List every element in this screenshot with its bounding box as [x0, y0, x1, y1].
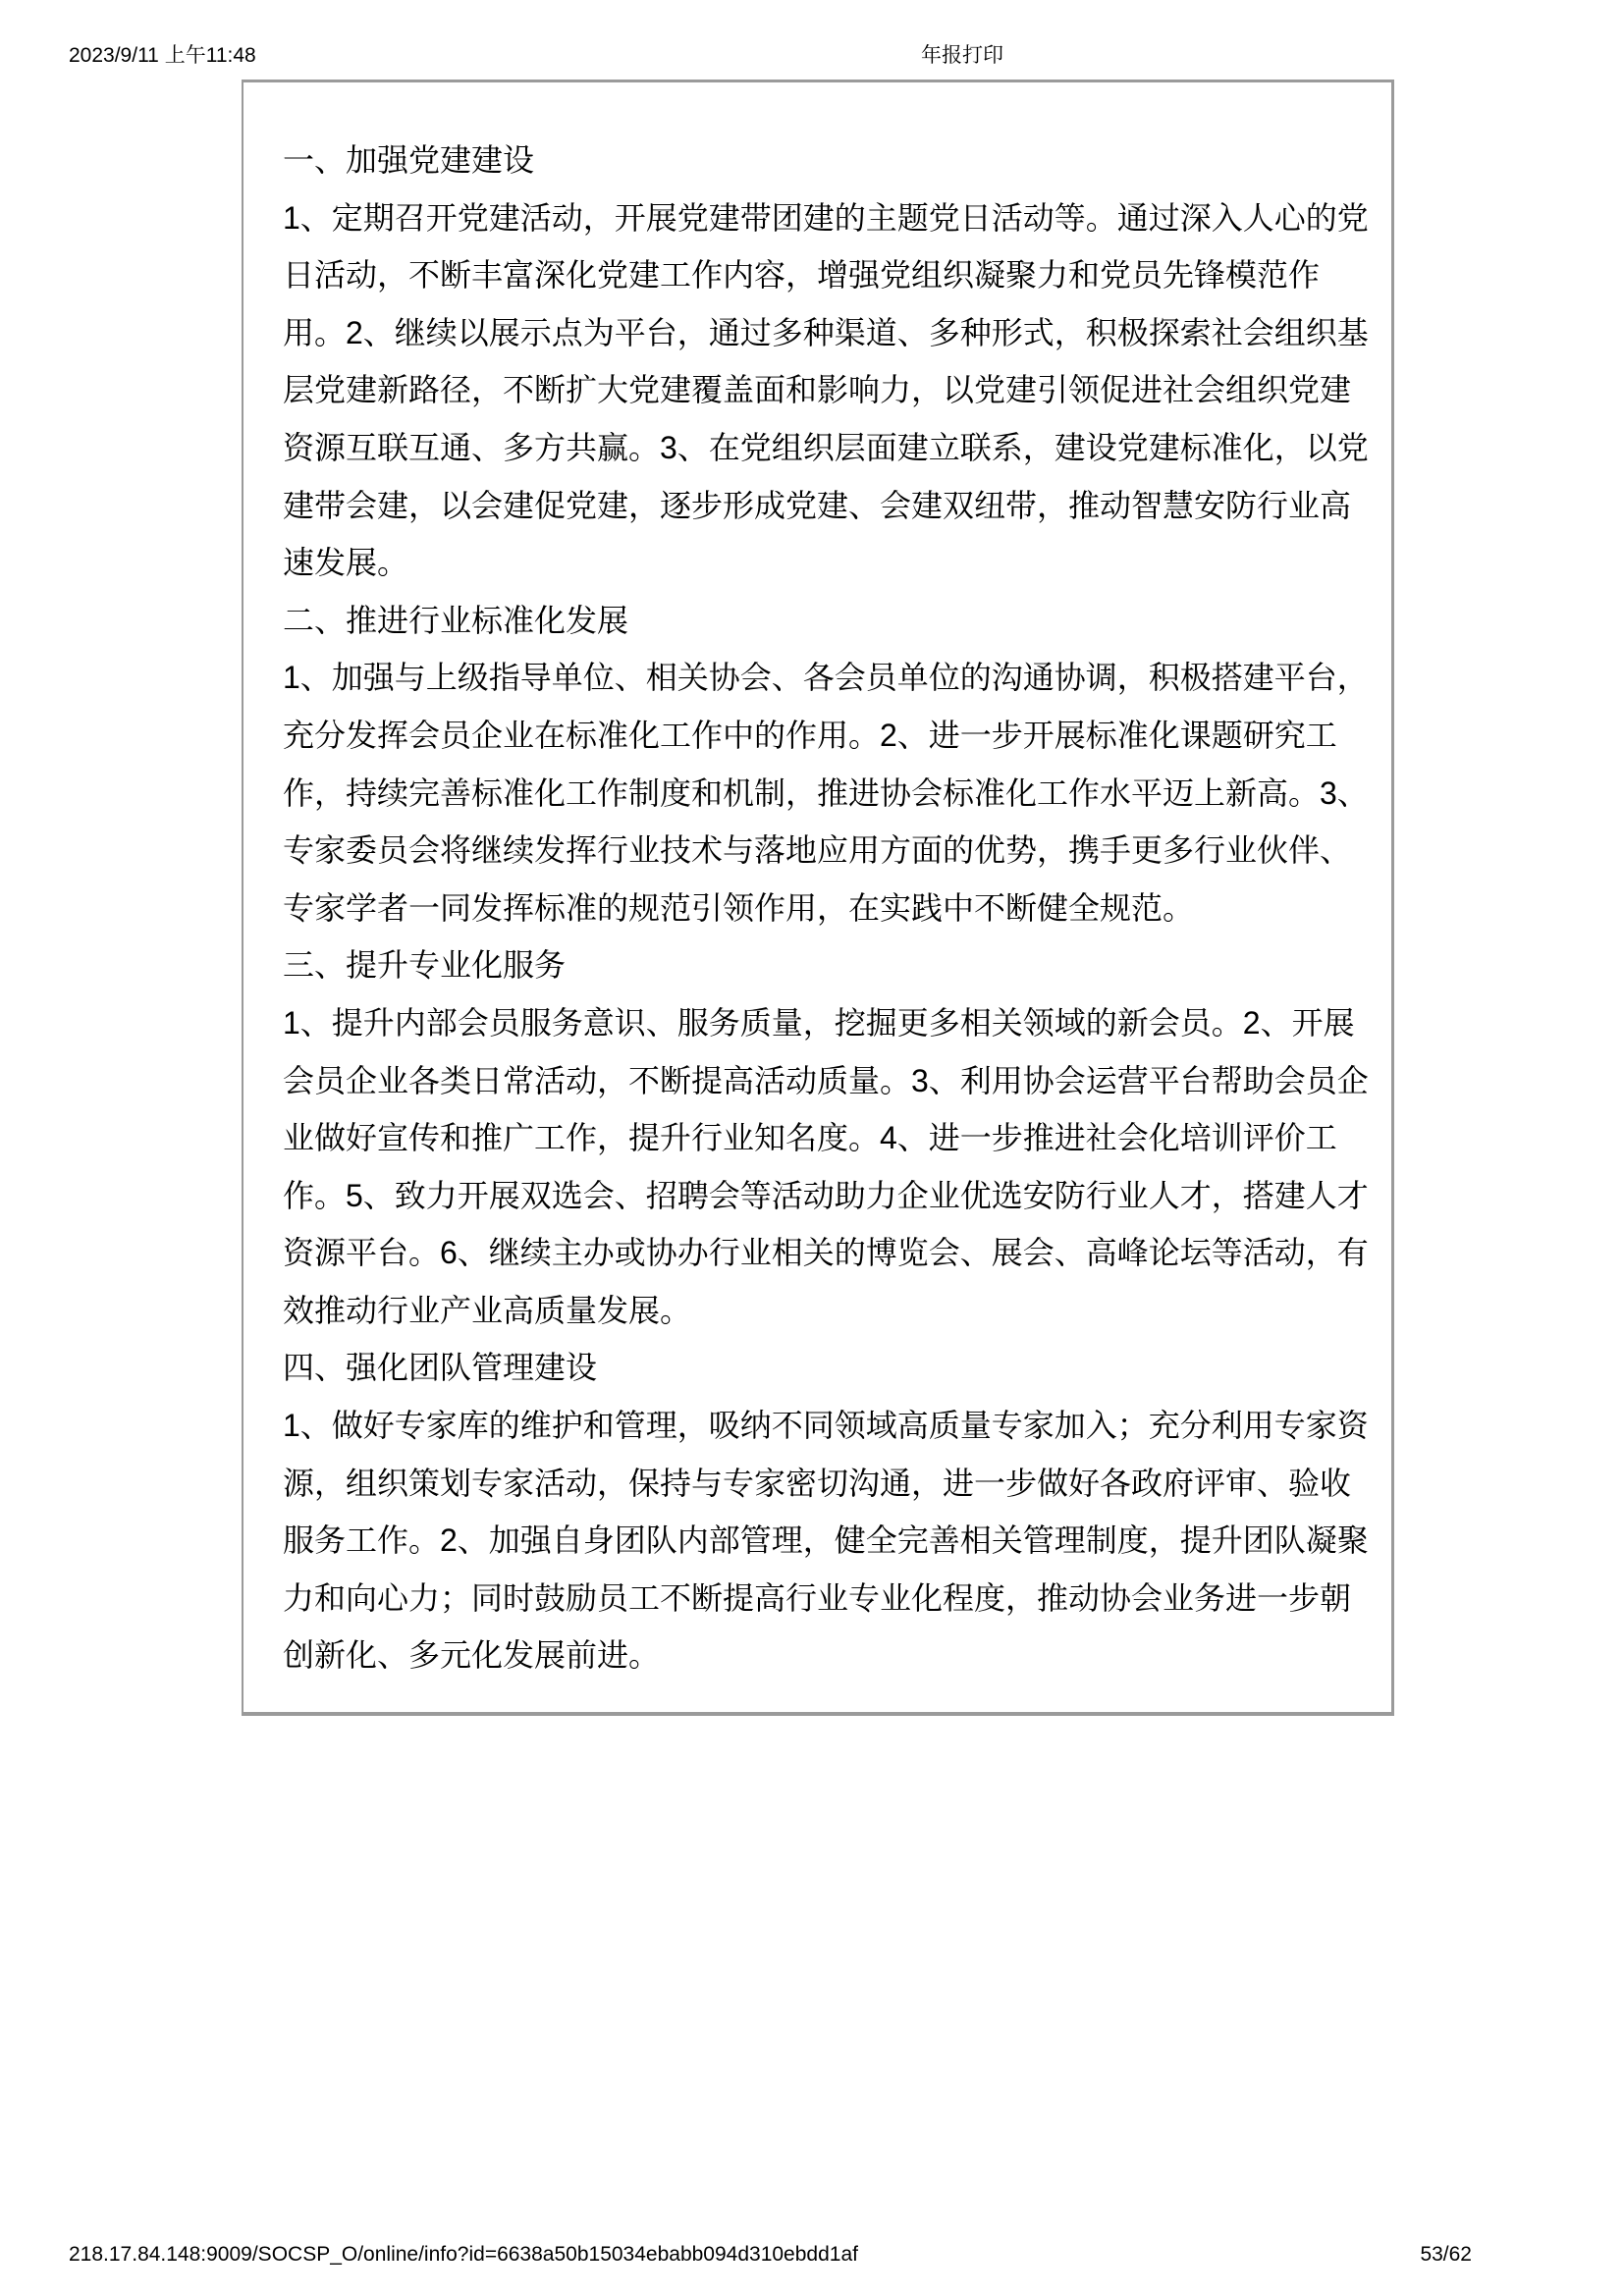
section-heading-team-management: 四、强化团队管理建设 [283, 1339, 1363, 1397]
text-line: 资源平台。6、继续主办或协办行业相关的博览会、展会、高峰论坛等活动，有 [283, 1224, 1363, 1282]
text-line: 充分发挥会员企业在标准化工作中的作用。2、进一步开展标准化课题研究工 [283, 707, 1363, 765]
text-line: 作，持续完善标准化工作制度和机制，推进协会标准化工作水平迈上新高。3、 [283, 765, 1363, 823]
text-line: 专家学者一同发挥标准的规范引领作用，在实践中不断健全规范。 [283, 880, 1363, 937]
text-line: 服务工作。2、加强自身团队内部管理，健全完善相关管理制度，提升团队凝聚 [283, 1512, 1363, 1570]
report-text: 一、加强党建建设 1、定期召开党建活动，开展党建带团建的主题党日活动等。通过深入… [283, 132, 1363, 1684]
text-line: 1、做好专家库的维护和管理，吸纳不同领域高质量专家加入；充分利用专家资 [283, 1397, 1363, 1455]
text-line: 效推动行业产业高质量发展。 [283, 1282, 1363, 1340]
text-line: 速发展。 [283, 534, 1363, 592]
page-number: 53/62 [1420, 2242, 1472, 2268]
print-title: 年报打印 [0, 43, 1623, 69]
page-url: 218.17.84.148:9009/SOCSP_O/online/info?i… [69, 2242, 858, 2268]
text-line: 用。2、继续以展示点为平台，通过多种渠道、多种形式，积极探索社会组织基 [283, 304, 1363, 362]
text-line: 层党建新路径，不断扩大党建覆盖面和影响力，以党建引领促进社会组织党建 [283, 361, 1363, 419]
text-line: 日活动，不断丰富深化党建工作内容，增强党组织凝聚力和党员先锋模范作 [283, 246, 1363, 304]
text-line: 1、定期召开党建活动，开展党建带团建的主题党日活动等。通过深入人心的党 [283, 189, 1363, 247]
text-line: 建带会建，以会建促党建，逐步形成党建、会建双纽带，推动智慧安防行业高 [283, 477, 1363, 535]
section-heading-professional-services: 三、提升专业化服务 [283, 936, 1363, 994]
annual-report-content-box: 一、加强党建建设 1、定期召开党建活动，开展党建带团建的主题党日活动等。通过深入… [242, 80, 1394, 1716]
text-line: 会员企业各类日常活动，不断提高活动质量。3、利用协会运营平台帮助会员企 [283, 1052, 1363, 1110]
text-line: 1、提升内部会员服务意识、服务质量，挖掘更多相关领域的新会员。2、开展 [283, 994, 1363, 1052]
text-line: 作。5、致力开展双选会、招聘会等活动助力企业优选安防行业人才，搭建人才 [283, 1167, 1363, 1225]
text-line: 创新化、多元化发展前进。 [283, 1627, 1363, 1684]
text-line: 力和向心力；同时鼓励员工不断提高行业专业化程度，推动协会业务进一步朝 [283, 1570, 1363, 1628]
text-line: 源，组织策划专家活动，保持与专家密切沟通，进一步做好各政府评审、验收 [283, 1455, 1363, 1513]
section-heading-standardization: 二、推进行业标准化发展 [283, 592, 1363, 650]
section-heading-party-building: 一、加强党建建设 [283, 132, 1363, 189]
text-line: 1、加强与上级指导单位、相关协会、各会员单位的沟通协调，积极搭建平台， [283, 649, 1363, 707]
text-line: 资源互联互通、多方共赢。3、在党组织层面建立联系，建设党建标准化，以党 [283, 419, 1363, 477]
text-line: 专家委员会将继续发挥行业技术与落地应用方面的优势，携手更多行业伙伴、 [283, 822, 1363, 880]
text-line: 业做好宣传和推广工作，提升行业知名度。4、进一步推进社会化培训评价工 [283, 1109, 1363, 1167]
